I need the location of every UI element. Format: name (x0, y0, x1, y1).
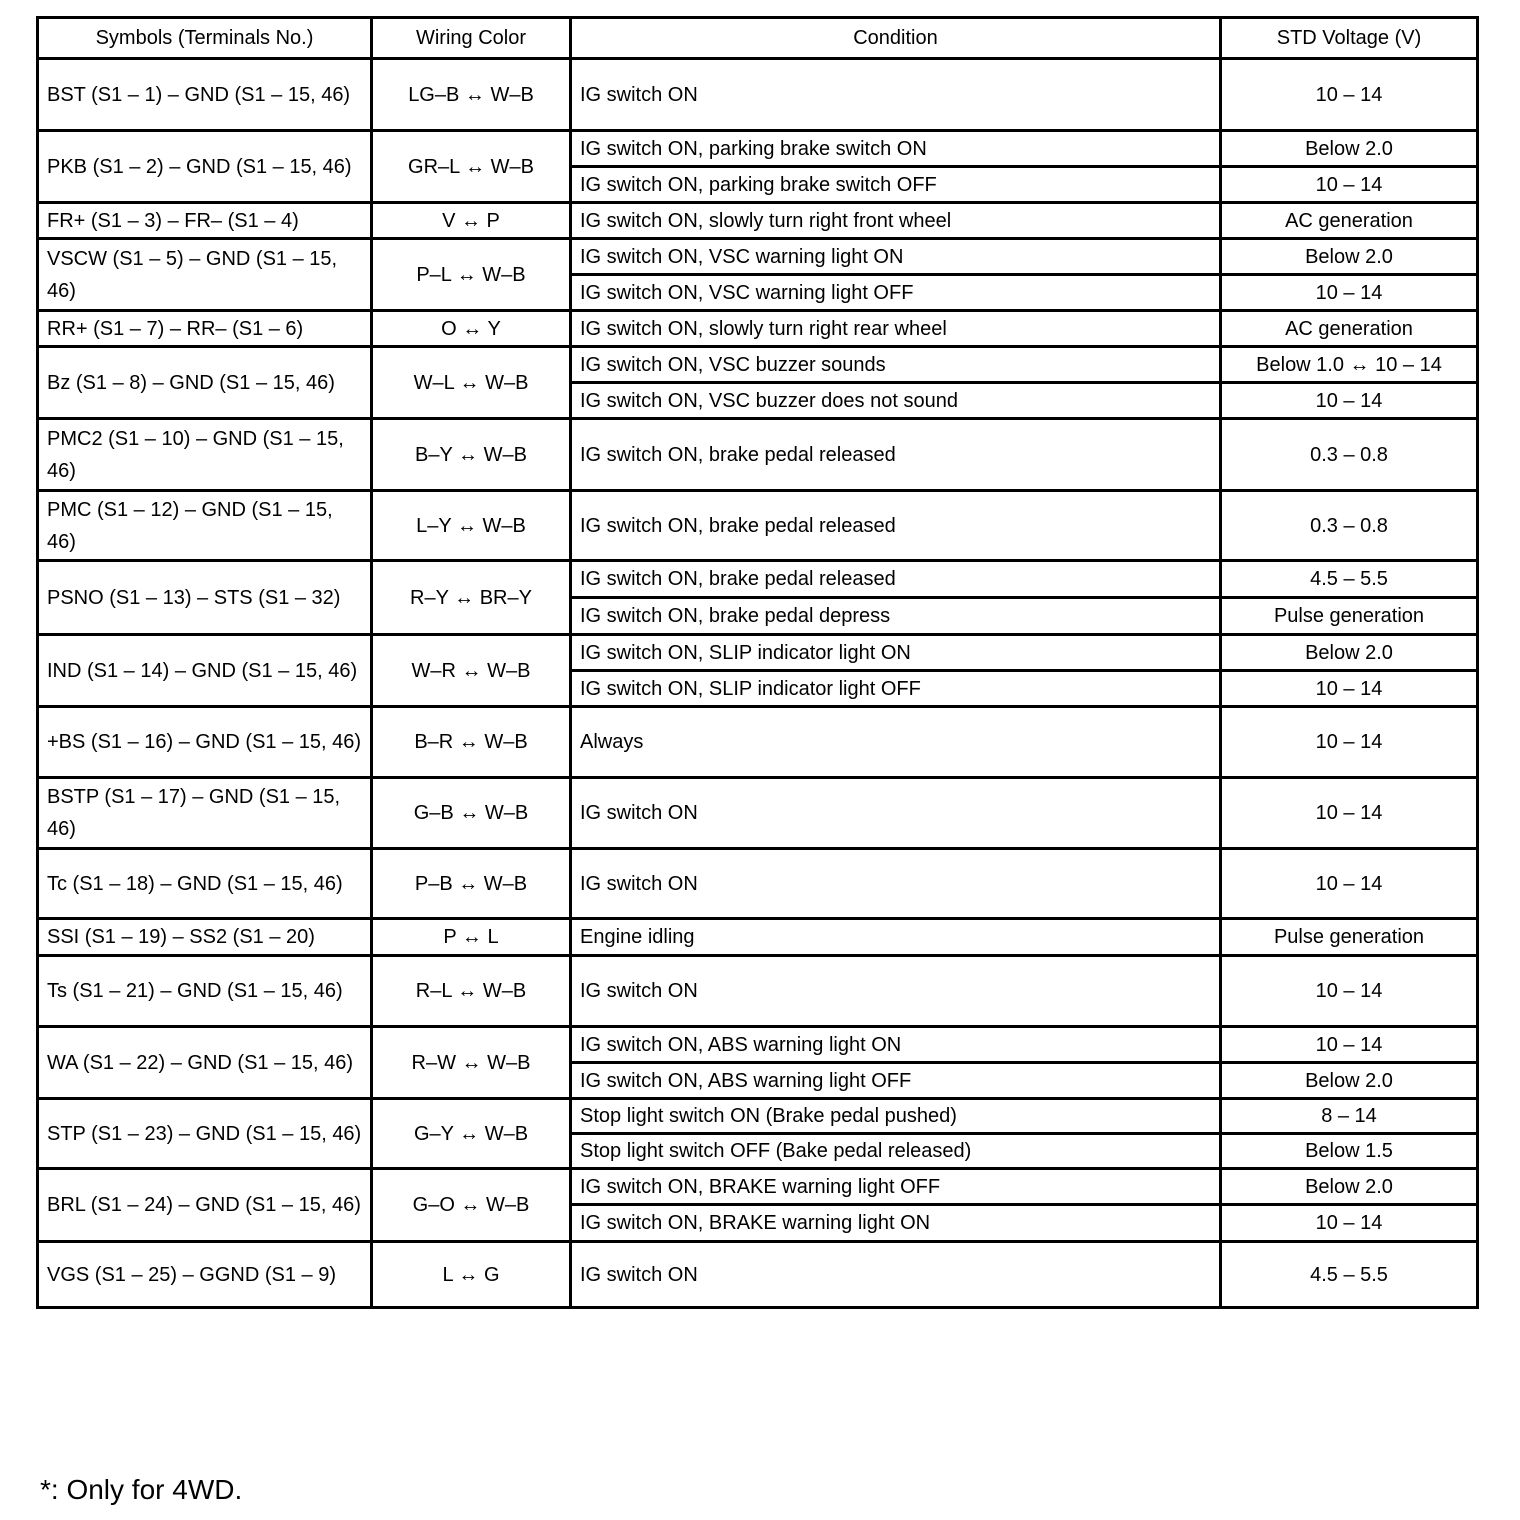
condition-cell: IG switch ON, VSC buzzer does not sound (571, 383, 1221, 419)
wiring-color-cell: LG–B ↔ W–B (372, 59, 571, 131)
condition-cell: IG switch ON, brake pedal released (571, 419, 1221, 491)
std-voltage-cell: 10 – 14 (1221, 671, 1478, 707)
std-voltage-cell: 8 – 14 (1221, 1099, 1478, 1134)
symbol-cell: Tc (S1 – 18) – GND (S1 – 15, 46) (38, 849, 372, 919)
condition-cell: IG switch ON, brake pedal depress (571, 598, 1221, 635)
std-voltage-cell: 10 – 14 (1221, 1205, 1478, 1242)
condition-cell: IG switch ON, ABS warning light ON (571, 1027, 1221, 1063)
symbol-cell: PMC (S1 – 12) – GND (S1 – 15, 46) (38, 491, 372, 561)
symbol-cell: PSNO (S1 – 13) – STS (S1 – 32) (38, 561, 372, 635)
std-voltage-cell: Pulse generation (1221, 598, 1478, 635)
header-condition: Condition (571, 18, 1221, 59)
symbol-cell: Bz (S1 – 8) – GND (S1 – 15, 46) (38, 347, 372, 419)
wiring-color-cell: P–L ↔ W–B (372, 239, 571, 311)
symbol-cell: VGS (S1 – 25) – GGND (S1 – 9) (38, 1242, 372, 1308)
std-voltage-cell: 10 – 14 (1221, 275, 1478, 311)
std-voltage-cell: AC generation (1221, 311, 1478, 347)
condition-cell: IG switch ON, BRAKE warning light ON (571, 1205, 1221, 1242)
symbol-cell: STP (S1 – 23) – GND (S1 – 15, 46) (38, 1099, 372, 1169)
std-voltage-cell: Below 1.0 ↔ 10 – 14 (1221, 347, 1478, 383)
condition-cell: IG switch ON, ABS warning light OFF (571, 1063, 1221, 1099)
symbol-cell: FR+ (S1 – 3) – FR– (S1 – 4) (38, 203, 372, 239)
std-voltage-cell: Below 2.0 (1221, 1169, 1478, 1205)
table-row: PMC (S1 – 12) – GND (S1 – 15, 46)L–Y ↔ W… (38, 491, 1478, 561)
symbol-cell: SSI (S1 – 19) – SS2 (S1 – 20) (38, 919, 372, 956)
table-row: BSTP (S1 – 17) – GND (S1 – 15, 46)G–B ↔ … (38, 778, 1478, 849)
condition-cell: IG switch ON, parking brake switch ON (571, 131, 1221, 167)
std-voltage-cell: 10 – 14 (1221, 707, 1478, 778)
wiring-color-cell: L–Y ↔ W–B (372, 491, 571, 561)
condition-cell: IG switch ON, brake pedal released (571, 491, 1221, 561)
wiring-color-cell: B–Y ↔ W–B (372, 419, 571, 491)
symbol-cell: BSTP (S1 – 17) – GND (S1 – 15, 46) (38, 778, 372, 849)
std-voltage-cell: 0.3 – 0.8 (1221, 491, 1478, 561)
wiring-color-cell: G–B ↔ W–B (372, 778, 571, 849)
condition-cell: IG switch ON (571, 849, 1221, 919)
wiring-color-cell: O ↔ Y (372, 311, 571, 347)
wiring-color-cell: P–B ↔ W–B (372, 849, 571, 919)
condition-cell: IG switch ON, parking brake switch OFF (571, 167, 1221, 203)
table-row: Tc (S1 – 18) – GND (S1 – 15, 46)P–B ↔ W–… (38, 849, 1478, 919)
std-voltage-cell: Below 2.0 (1221, 1063, 1478, 1099)
terminal-voltage-table: Symbols (Terminals No.) Wiring Color Con… (36, 16, 1479, 1309)
symbol-cell: VSCW (S1 – 5) – GND (S1 – 15, 46) (38, 239, 372, 311)
wiring-color-cell: V ↔ P (372, 203, 571, 239)
symbol-cell: RR+ (S1 – 7) – RR– (S1 – 6) (38, 311, 372, 347)
condition-cell: IG switch ON, slowly turn right rear whe… (571, 311, 1221, 347)
condition-cell: Always (571, 707, 1221, 778)
table-header-row: Symbols (Terminals No.) Wiring Color Con… (38, 18, 1478, 59)
condition-cell: IG switch ON (571, 59, 1221, 131)
table-row: BRL (S1 – 24) – GND (S1 – 15, 46)G–O ↔ W… (38, 1169, 1478, 1205)
condition-cell: IG switch ON, BRAKE warning light OFF (571, 1169, 1221, 1205)
footnote: *: Only for 4WD. (40, 1474, 242, 1506)
std-voltage-cell: 4.5 – 5.5 (1221, 1242, 1478, 1308)
std-voltage-cell: 10 – 14 (1221, 167, 1478, 203)
table-row: IND (S1 – 14) – GND (S1 – 15, 46)W–R ↔ W… (38, 635, 1478, 671)
condition-cell: IG switch ON (571, 1242, 1221, 1308)
wiring-color-cell: L ↔ G (372, 1242, 571, 1308)
condition-cell: IG switch ON, slowly turn right front wh… (571, 203, 1221, 239)
wiring-color-cell: P ↔ L (372, 919, 571, 956)
symbol-cell: BST (S1 – 1) – GND (S1 – 15, 46) (38, 59, 372, 131)
table-row: PKB (S1 – 2) – GND (S1 – 15, 46)GR–L ↔ W… (38, 131, 1478, 167)
condition-cell: Stop light switch OFF (Bake pedal releas… (571, 1134, 1221, 1169)
condition-cell: IG switch ON, VSC buzzer sounds (571, 347, 1221, 383)
header-wiring-color: Wiring Color (372, 18, 571, 59)
table-body: BST (S1 – 1) – GND (S1 – 15, 46)LG–B ↔ W… (38, 59, 1478, 1308)
wiring-color-cell: GR–L ↔ W–B (372, 131, 571, 203)
std-voltage-cell: AC generation (1221, 203, 1478, 239)
wiring-color-cell: R–L ↔ W–B (372, 956, 571, 1027)
wiring-color-cell: G–O ↔ W–B (372, 1169, 571, 1242)
table-row: FR+ (S1 – 3) – FR– (S1 – 4)V ↔ PIG switc… (38, 203, 1478, 239)
condition-cell: Stop light switch ON (Brake pedal pushed… (571, 1099, 1221, 1134)
wiring-color-cell: G–Y ↔ W–B (372, 1099, 571, 1169)
table-row: RR+ (S1 – 7) – RR– (S1 – 6)O ↔ YIG switc… (38, 311, 1478, 347)
table-row: VSCW (S1 – 5) – GND (S1 – 15, 46)P–L ↔ W… (38, 239, 1478, 275)
table-row: STP (S1 – 23) – GND (S1 – 15, 46)G–Y ↔ W… (38, 1099, 1478, 1134)
std-voltage-cell: 10 – 14 (1221, 59, 1478, 131)
table-row: VGS (S1 – 25) – GGND (S1 – 9)L ↔ GIG swi… (38, 1242, 1478, 1308)
table-row: BST (S1 – 1) – GND (S1 – 15, 46)LG–B ↔ W… (38, 59, 1478, 131)
header-symbols: Symbols (Terminals No.) (38, 18, 372, 59)
std-voltage-cell: 10 – 14 (1221, 849, 1478, 919)
std-voltage-cell: 10 – 14 (1221, 778, 1478, 849)
condition-cell: IG switch ON, VSC warning light ON (571, 239, 1221, 275)
table-row: PSNO (S1 – 13) – STS (S1 – 32)R–Y ↔ BR–Y… (38, 561, 1478, 598)
table-row: Bz (S1 – 8) – GND (S1 – 15, 46)W–L ↔ W–B… (38, 347, 1478, 383)
symbol-cell: BRL (S1 – 24) – GND (S1 – 15, 46) (38, 1169, 372, 1242)
table-row: WA (S1 – 22) – GND (S1 – 15, 46)R–W ↔ W–… (38, 1027, 1478, 1063)
wiring-color-cell: B–R ↔ W–B (372, 707, 571, 778)
condition-cell: IG switch ON, SLIP indicator light ON (571, 635, 1221, 671)
std-voltage-cell: 10 – 14 (1221, 956, 1478, 1027)
table-row: +BS (S1 – 16) – GND (S1 – 15, 46)B–R ↔ W… (38, 707, 1478, 778)
symbol-cell: +BS (S1 – 16) – GND (S1 – 15, 46) (38, 707, 372, 778)
std-voltage-cell: 4.5 – 5.5 (1221, 561, 1478, 598)
table-row: SSI (S1 – 19) – SS2 (S1 – 20)P ↔ LEngine… (38, 919, 1478, 956)
condition-cell: IG switch ON, SLIP indicator light OFF (571, 671, 1221, 707)
table-row: Ts (S1 – 21) – GND (S1 – 15, 46)R–L ↔ W–… (38, 956, 1478, 1027)
symbol-cell: IND (S1 – 14) – GND (S1 – 15, 46) (38, 635, 372, 707)
wiring-color-cell: R–Y ↔ BR–Y (372, 561, 571, 635)
table-row: PMC2 (S1 – 10) – GND (S1 – 15, 46)B–Y ↔ … (38, 419, 1478, 491)
symbol-cell: Ts (S1 – 21) – GND (S1 – 15, 46) (38, 956, 372, 1027)
symbol-cell: WA (S1 – 22) – GND (S1 – 15, 46) (38, 1027, 372, 1099)
std-voltage-cell: 0.3 – 0.8 (1221, 419, 1478, 491)
condition-cell: IG switch ON (571, 778, 1221, 849)
std-voltage-cell: Below 2.0 (1221, 131, 1478, 167)
std-voltage-cell: 10 – 14 (1221, 383, 1478, 419)
std-voltage-cell: Below 2.0 (1221, 635, 1478, 671)
wiring-color-cell: W–R ↔ W–B (372, 635, 571, 707)
header-std-voltage: STD Voltage (V) (1221, 18, 1478, 59)
condition-cell: IG switch ON, VSC warning light OFF (571, 275, 1221, 311)
std-voltage-cell: Pulse generation (1221, 919, 1478, 956)
condition-cell: IG switch ON (571, 956, 1221, 1027)
symbol-cell: PMC2 (S1 – 10) – GND (S1 – 15, 46) (38, 419, 372, 491)
std-voltage-cell: 10 – 14 (1221, 1027, 1478, 1063)
std-voltage-cell: Below 2.0 (1221, 239, 1478, 275)
wiring-color-cell: W–L ↔ W–B (372, 347, 571, 419)
condition-cell: Engine idling (571, 919, 1221, 956)
std-voltage-cell: Below 1.5 (1221, 1134, 1478, 1169)
wiring-color-cell: R–W ↔ W–B (372, 1027, 571, 1099)
condition-cell: IG switch ON, brake pedal released (571, 561, 1221, 598)
symbol-cell: PKB (S1 – 2) – GND (S1 – 15, 46) (38, 131, 372, 203)
